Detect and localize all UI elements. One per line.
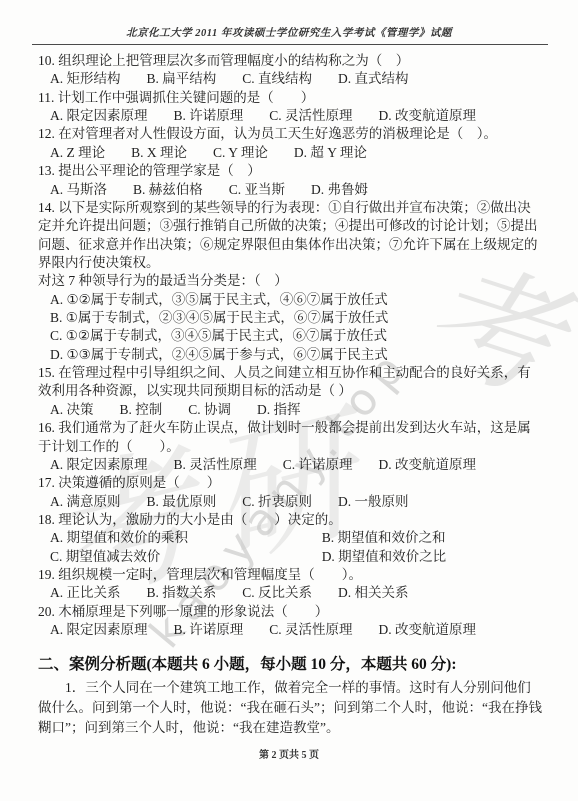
option-row: A. 期望值和效价的乘积B. 期望值和效价之和C. 期望值减去效价D. 期望值和…: [38, 529, 544, 566]
question-stem: 10. 组织理论上把管理层次多而管理幅度小的结构称之为（ ）: [38, 52, 544, 70]
option-row: A. Z 理论B. X 理论C. Y 理论D. 超 Y 理论: [38, 144, 544, 162]
answer-option: B. 扁平结构: [147, 70, 217, 88]
answer-option: D. 一般原则: [338, 493, 409, 511]
option-row: A. 马斯洛B. 赫兹伯格C. 亚当斯D. 弗鲁姆: [38, 181, 544, 199]
option-row: A. 限定因素原理B. 许诺原理C. 灵活性原理D. 改变航道原理: [38, 621, 544, 639]
answer-option: C. 灵活性原理: [269, 107, 352, 125]
answer-option: D. 指挥: [257, 401, 301, 419]
question-15: 15. 在管理过程中引导组织之间、人员之间建立相互协作和主动配合的良好关系，有效…: [38, 364, 544, 419]
question-stem: 12. 在对管理者对人性假设方面，认为员工天生好逸恶劳的消极理论是（ ）。: [38, 125, 544, 143]
question-stem: 16. 我们通常为了赶火车防止误点，做计划时一般都会提前出发到达火车站，这是属于…: [38, 419, 544, 456]
answer-option: A. ①②属于专制式，③⑤属于民主式，④⑥⑦属于放任式: [50, 291, 544, 309]
section-2-title: 二、案例分析题(本题共 6 小题，每小题 10 分，本题共 60 分):: [38, 652, 544, 674]
answer-option: B. 赫兹伯格: [133, 181, 203, 199]
answer-option: A. 决策: [50, 401, 94, 419]
option-row: A. 限定因素原理B. 灵活性原理C. 许诺原理D. 改变航道原理: [38, 456, 544, 474]
exam-title: 北京化工大学 2011 年攻读硕士学位研究生入学考试《管理学》试题: [0, 25, 578, 40]
question-10: 10. 组织理论上把管理层次多而管理幅度小的结构称之为（ ）A. 矩形结构B. …: [38, 52, 544, 89]
question-stem: 15. 在管理过程中引导组织之间、人员之间建立相互协作和主动配合的良好关系，有效…: [38, 364, 544, 401]
exam-page: kaoyany.top 考 考研 北京化工大学 2011 年攻读硕士学位研究生入…: [0, 0, 578, 801]
option-row: A. 限定因素原理B. 许诺原理C. 灵活性原理D. 改变航道原理: [38, 107, 544, 125]
answer-option: B. X 理论: [131, 144, 187, 162]
question-stem: 13. 提出公平理论的管理学家是（ ）: [38, 162, 544, 180]
answer-option: A. 马斯洛: [50, 181, 107, 199]
answer-option: D. ①③属于专制式，②④⑤属于参与式，⑥⑦属于民主式: [50, 346, 544, 364]
answer-option: B. 最优原则: [147, 493, 217, 511]
answer-option: A. 限定因素原理: [50, 107, 148, 125]
option-row: A. ①②属于专制式，③⑤属于民主式，④⑥⑦属于放任式B. ①属于专制式，②③④…: [38, 291, 544, 364]
answer-option: D. 改变航道原理: [379, 621, 477, 639]
question-stem: 11. 计划工作中强调抓住关键问题的是（ ）: [38, 89, 544, 107]
answer-option: C. 折衷原则: [242, 493, 312, 511]
option-row: A. 正比关系B. 指数关系C. 反比关系D. 相关关系: [38, 584, 544, 602]
answer-option: B. 许诺原理: [174, 621, 244, 639]
answer-option: A. 限定因素原理: [50, 456, 148, 474]
question-stem: 14. 以下是实际所观察到的某些领导的行为表现：①自行做出并宣布决策；②做出决定…: [38, 199, 544, 272]
option-row: A. 矩形结构B. 扁平结构C. 直线结构D. 直式结构: [38, 70, 544, 88]
answer-option: C. 许诺原理: [283, 456, 353, 474]
answer-option: A. 限定因素原理: [50, 621, 148, 639]
question-12: 12. 在对管理者对人性假设方面，认为员工天生好逸恶劳的消极理论是（ ）。A. …: [38, 125, 544, 162]
answer-option: A. 矩形结构: [50, 70, 121, 88]
page-footer: 第 2 页共 5 页: [0, 746, 578, 761]
answer-option: C. 协调: [188, 401, 231, 419]
answer-option: B. ①属于专制式，②③④⑤属于民主式，⑥⑦属于放任式: [50, 309, 544, 327]
question-stem: 18. 理论认为，激励力的大小是由（ ）决定的。: [38, 511, 544, 529]
answer-option: C. 直线结构: [242, 70, 312, 88]
option-row: A. 决策B. 控制C. 协调D. 指挥: [38, 401, 544, 419]
question-11: 11. 计划工作中强调抓住关键问题的是（ ）A. 限定因素原理B. 许诺原理C.…: [38, 89, 544, 126]
answer-option: A. Z 理论: [50, 144, 105, 162]
section-2: 二、案例分析题(本题共 6 小题，每小题 10 分，本题共 60 分): 1．三…: [0, 652, 578, 739]
answer-option: B. 灵活性原理: [174, 456, 257, 474]
question-list: 10. 组织理论上把管理层次多而管理幅度小的结构称之为（ ）A. 矩形结构B. …: [0, 45, 578, 640]
case-1-text: 1．三个人同在一个建筑工地工作，做着完全一样的事情。这时有人分别问他们做什么。问…: [38, 678, 544, 739]
answer-option: C. 反比关系: [242, 584, 312, 602]
question-stem-continued: 对这 7 种领导行为的最适当分类是：（ ）: [38, 272, 544, 290]
question-stem: 20. 木桶原理是下列哪一原理的形象说法（ ）: [38, 603, 544, 621]
answer-option: B. 指数关系: [147, 584, 217, 602]
question-17: 17. 决策遵循的原则是（ ）A. 满意原则B. 最优原则C. 折衷原则D. 一…: [38, 474, 544, 511]
answer-option: A. 满意原则: [50, 493, 121, 511]
question-19: 19. 组织规模一定时，管理层次和管理幅度呈（ ）。A. 正比关系B. 指数关系…: [38, 566, 544, 603]
answer-option: D. 改变航道原理: [379, 107, 477, 125]
answer-option: B. 许诺原理: [174, 107, 244, 125]
question-14: 14. 以下是实际所观察到的某些领导的行为表现：①自行做出并宣布决策；②做出决定…: [38, 199, 544, 364]
answer-option: C. ①②属于专制式，③④⑤属于民主式，⑥⑦属于放任式: [50, 327, 544, 345]
answer-option: D. 超 Y 理论: [294, 144, 367, 162]
answer-option: A. 正比关系: [50, 584, 121, 602]
question-16: 16. 我们通常为了赶火车防止误点，做计划时一般都会提前出发到达火车站，这是属于…: [38, 419, 544, 474]
question-stem: 17. 决策遵循的原则是（ ）: [38, 474, 544, 492]
answer-option: D. 改变航道原理: [379, 456, 477, 474]
answer-option: C. 期望值减去效价: [50, 548, 322, 566]
answer-option: B. 控制: [120, 401, 163, 419]
answer-option: B. 期望值和效价之和: [322, 529, 544, 547]
answer-option: A. 期望值和效价的乘积: [50, 529, 322, 547]
answer-option: D. 相关关系: [338, 584, 409, 602]
answer-option: C. 灵活性原理: [269, 621, 352, 639]
question-20: 20. 木桶原理是下列哪一原理的形象说法（ ）A. 限定因素原理B. 许诺原理C…: [38, 603, 544, 640]
page-header: 北京化工大学 2011 年攻读硕士学位研究生入学考试《管理学》试题: [0, 0, 578, 45]
option-row: A. 满意原则B. 最优原则C. 折衷原则D. 一般原则: [38, 493, 544, 511]
question-18: 18. 理论认为，激励力的大小是由（ ）决定的。A. 期望值和效价的乘积B. 期…: [38, 511, 544, 566]
answer-option: D. 直式结构: [338, 70, 409, 88]
question-13: 13. 提出公平理论的管理学家是（ ）A. 马斯洛B. 赫兹伯格C. 亚当斯D.…: [38, 162, 544, 199]
answer-option: D. 弗鲁姆: [311, 181, 368, 199]
answer-option: C. 亚当斯: [229, 181, 285, 199]
answer-option: D. 期望值和效价之比: [322, 548, 544, 566]
answer-option: C. Y 理论: [213, 144, 268, 162]
question-stem: 19. 组织规模一定时，管理层次和管理幅度呈（ ）。: [38, 566, 544, 584]
